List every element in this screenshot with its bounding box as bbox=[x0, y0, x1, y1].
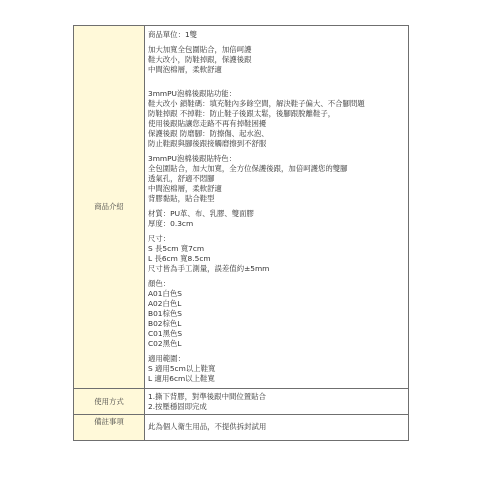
content-paragraph: 3mmPU泡棉後跟貼特色：全包圍貼合，加大加寬，全方位保護後跟，加倍呵護您的雙腳… bbox=[148, 154, 404, 204]
content-line: 鞋大改小，防鞋掉跟，保護後跟 bbox=[148, 55, 404, 65]
content-line: 鞋大改小 鎖鞋碼：填充鞋內多餘空間，解決鞋子偏大、不合腳問題 bbox=[148, 99, 404, 109]
content-paragraph: 3mmPU泡棉後跟貼功能：鞋大改小 鎖鞋碼：填充鞋內多餘空間，解決鞋子偏大、不合… bbox=[148, 89, 404, 149]
content-line: 中間泡棉層，柔軟舒適 bbox=[148, 184, 404, 194]
content-paragraph: 適用範圍：S 適用5cm以上鞋寬L 適用6cm以上鞋寬 bbox=[148, 354, 404, 384]
row-label: 備註事項 bbox=[74, 415, 145, 441]
content-line: B02棕色L bbox=[148, 319, 404, 329]
row-notes: 備註事項此為個人衛生用品，不提供拆封試用 bbox=[74, 415, 409, 441]
content-line: 厚度：0.3cm bbox=[148, 219, 404, 229]
content-line: 尺寸： bbox=[148, 234, 404, 244]
content-line: A01白色S bbox=[148, 289, 404, 299]
content-line: C01黑色S bbox=[148, 329, 404, 339]
content-line: 適用範圍： bbox=[148, 354, 404, 364]
content-line: 防止鞋跟與腳後跟接觸磨擦到不舒服 bbox=[148, 139, 404, 149]
content-paragraph: 1.撕下背膠，對準後跟中間位置貼合2.按壓穩固即完成 bbox=[148, 392, 405, 412]
content-line: 加大加寬全包圍貼合，加倍呵護 bbox=[148, 45, 404, 55]
row-content: 1.撕下背膠，對準後跟中間位置貼合2.按壓穩固即完成 bbox=[145, 389, 409, 415]
content-line: 透氣孔，舒適不悶腳 bbox=[148, 174, 404, 184]
content-line: 尺寸皆為手工測量，誤差值約±5mm bbox=[148, 264, 404, 274]
row-usage: 使用方式1.撕下背膠，對準後跟中間位置貼合2.按壓穩固即完成 bbox=[74, 389, 409, 415]
content-line: 保護後跟 防磨腳：防擦傷、起水泡、 bbox=[148, 129, 404, 139]
row-content: 此為個人衛生用品，不提供拆封試用 bbox=[145, 415, 409, 441]
row-label: 商品介紹 bbox=[74, 26, 145, 389]
content-line: 全包圍貼合，加大加寬，全方位保護後跟，加倍呵護您的雙腳 bbox=[148, 164, 404, 174]
content-line: S 適用5cm以上鞋寬 bbox=[148, 364, 404, 374]
content-line: B01棕色S bbox=[148, 309, 404, 319]
content-line: 防鞋掉跟 不掉鞋：防止鞋子後跟太鬆，後腳跟脫離鞋子， bbox=[148, 109, 404, 119]
content-line: 材質：PU革、布、乳膠、雙面膠 bbox=[148, 209, 404, 219]
row-label: 使用方式 bbox=[74, 389, 145, 415]
row-content: 商品單位：1雙加大加寬全包圍貼合，加倍呵護鞋大改小，防鞋掉跟，保護後跟中間泡棉層… bbox=[145, 26, 409, 389]
content-line: 3mmPU泡棉後跟貼特色： bbox=[148, 154, 404, 164]
content-line: 中間泡棉層，柔軟舒適 bbox=[148, 65, 404, 75]
content-paragraph: 此為個人衛生用品，不提供拆封試用 bbox=[148, 422, 405, 432]
content-paragraph: 加大加寬全包圍貼合，加倍呵護鞋大改小，防鞋掉跟，保護後跟中間泡棉層，柔軟舒適 bbox=[148, 45, 404, 75]
content-line: A02白色L bbox=[148, 299, 404, 309]
content-line: 1.撕下背膠，對準後跟中間位置貼合 bbox=[148, 392, 405, 402]
content-line: 背膠黏貼，貼合鞋型 bbox=[148, 194, 404, 204]
content-line: 此為個人衛生用品，不提供拆封試用 bbox=[148, 422, 405, 432]
content-line: 3mmPU泡棉後跟貼功能： bbox=[148, 89, 404, 99]
content-paragraph: 材質：PU革、布、乳膠、雙面膠厚度：0.3cm bbox=[148, 209, 404, 229]
content-line: C02黑色L bbox=[148, 339, 404, 349]
content-line: L 適用6cm以上鞋寬 bbox=[148, 374, 404, 384]
content-line: S 長5cm 寬7cm bbox=[148, 244, 404, 254]
content-paragraph: 商品單位：1雙 bbox=[148, 30, 404, 40]
content-line: 使用後跟貼讓您走路不再有掉鞋困擾 bbox=[148, 119, 404, 129]
product-spec-table: 商品介紹商品單位：1雙加大加寬全包圍貼合，加倍呵護鞋大改小，防鞋掉跟，保護後跟中… bbox=[73, 25, 409, 441]
content-paragraph: 尺寸：S 長5cm 寬7cmL 長6cm 寬8.5cm尺寸皆為手工測量，誤差值約… bbox=[148, 234, 404, 274]
row-description: 商品介紹商品單位：1雙加大加寬全包圍貼合，加倍呵護鞋大改小，防鞋掉跟，保護後跟中… bbox=[74, 26, 409, 389]
content-paragraph: 顏色：A01白色SA02白色LB01棕色SB02棕色LC01黑色SC02黑色L bbox=[148, 279, 404, 349]
content-line: L 長6cm 寬8.5cm bbox=[148, 254, 404, 264]
content-line: 顏色： bbox=[148, 279, 404, 289]
content-line: 商品單位：1雙 bbox=[148, 30, 404, 40]
content-line: 2.按壓穩固即完成 bbox=[148, 402, 405, 412]
